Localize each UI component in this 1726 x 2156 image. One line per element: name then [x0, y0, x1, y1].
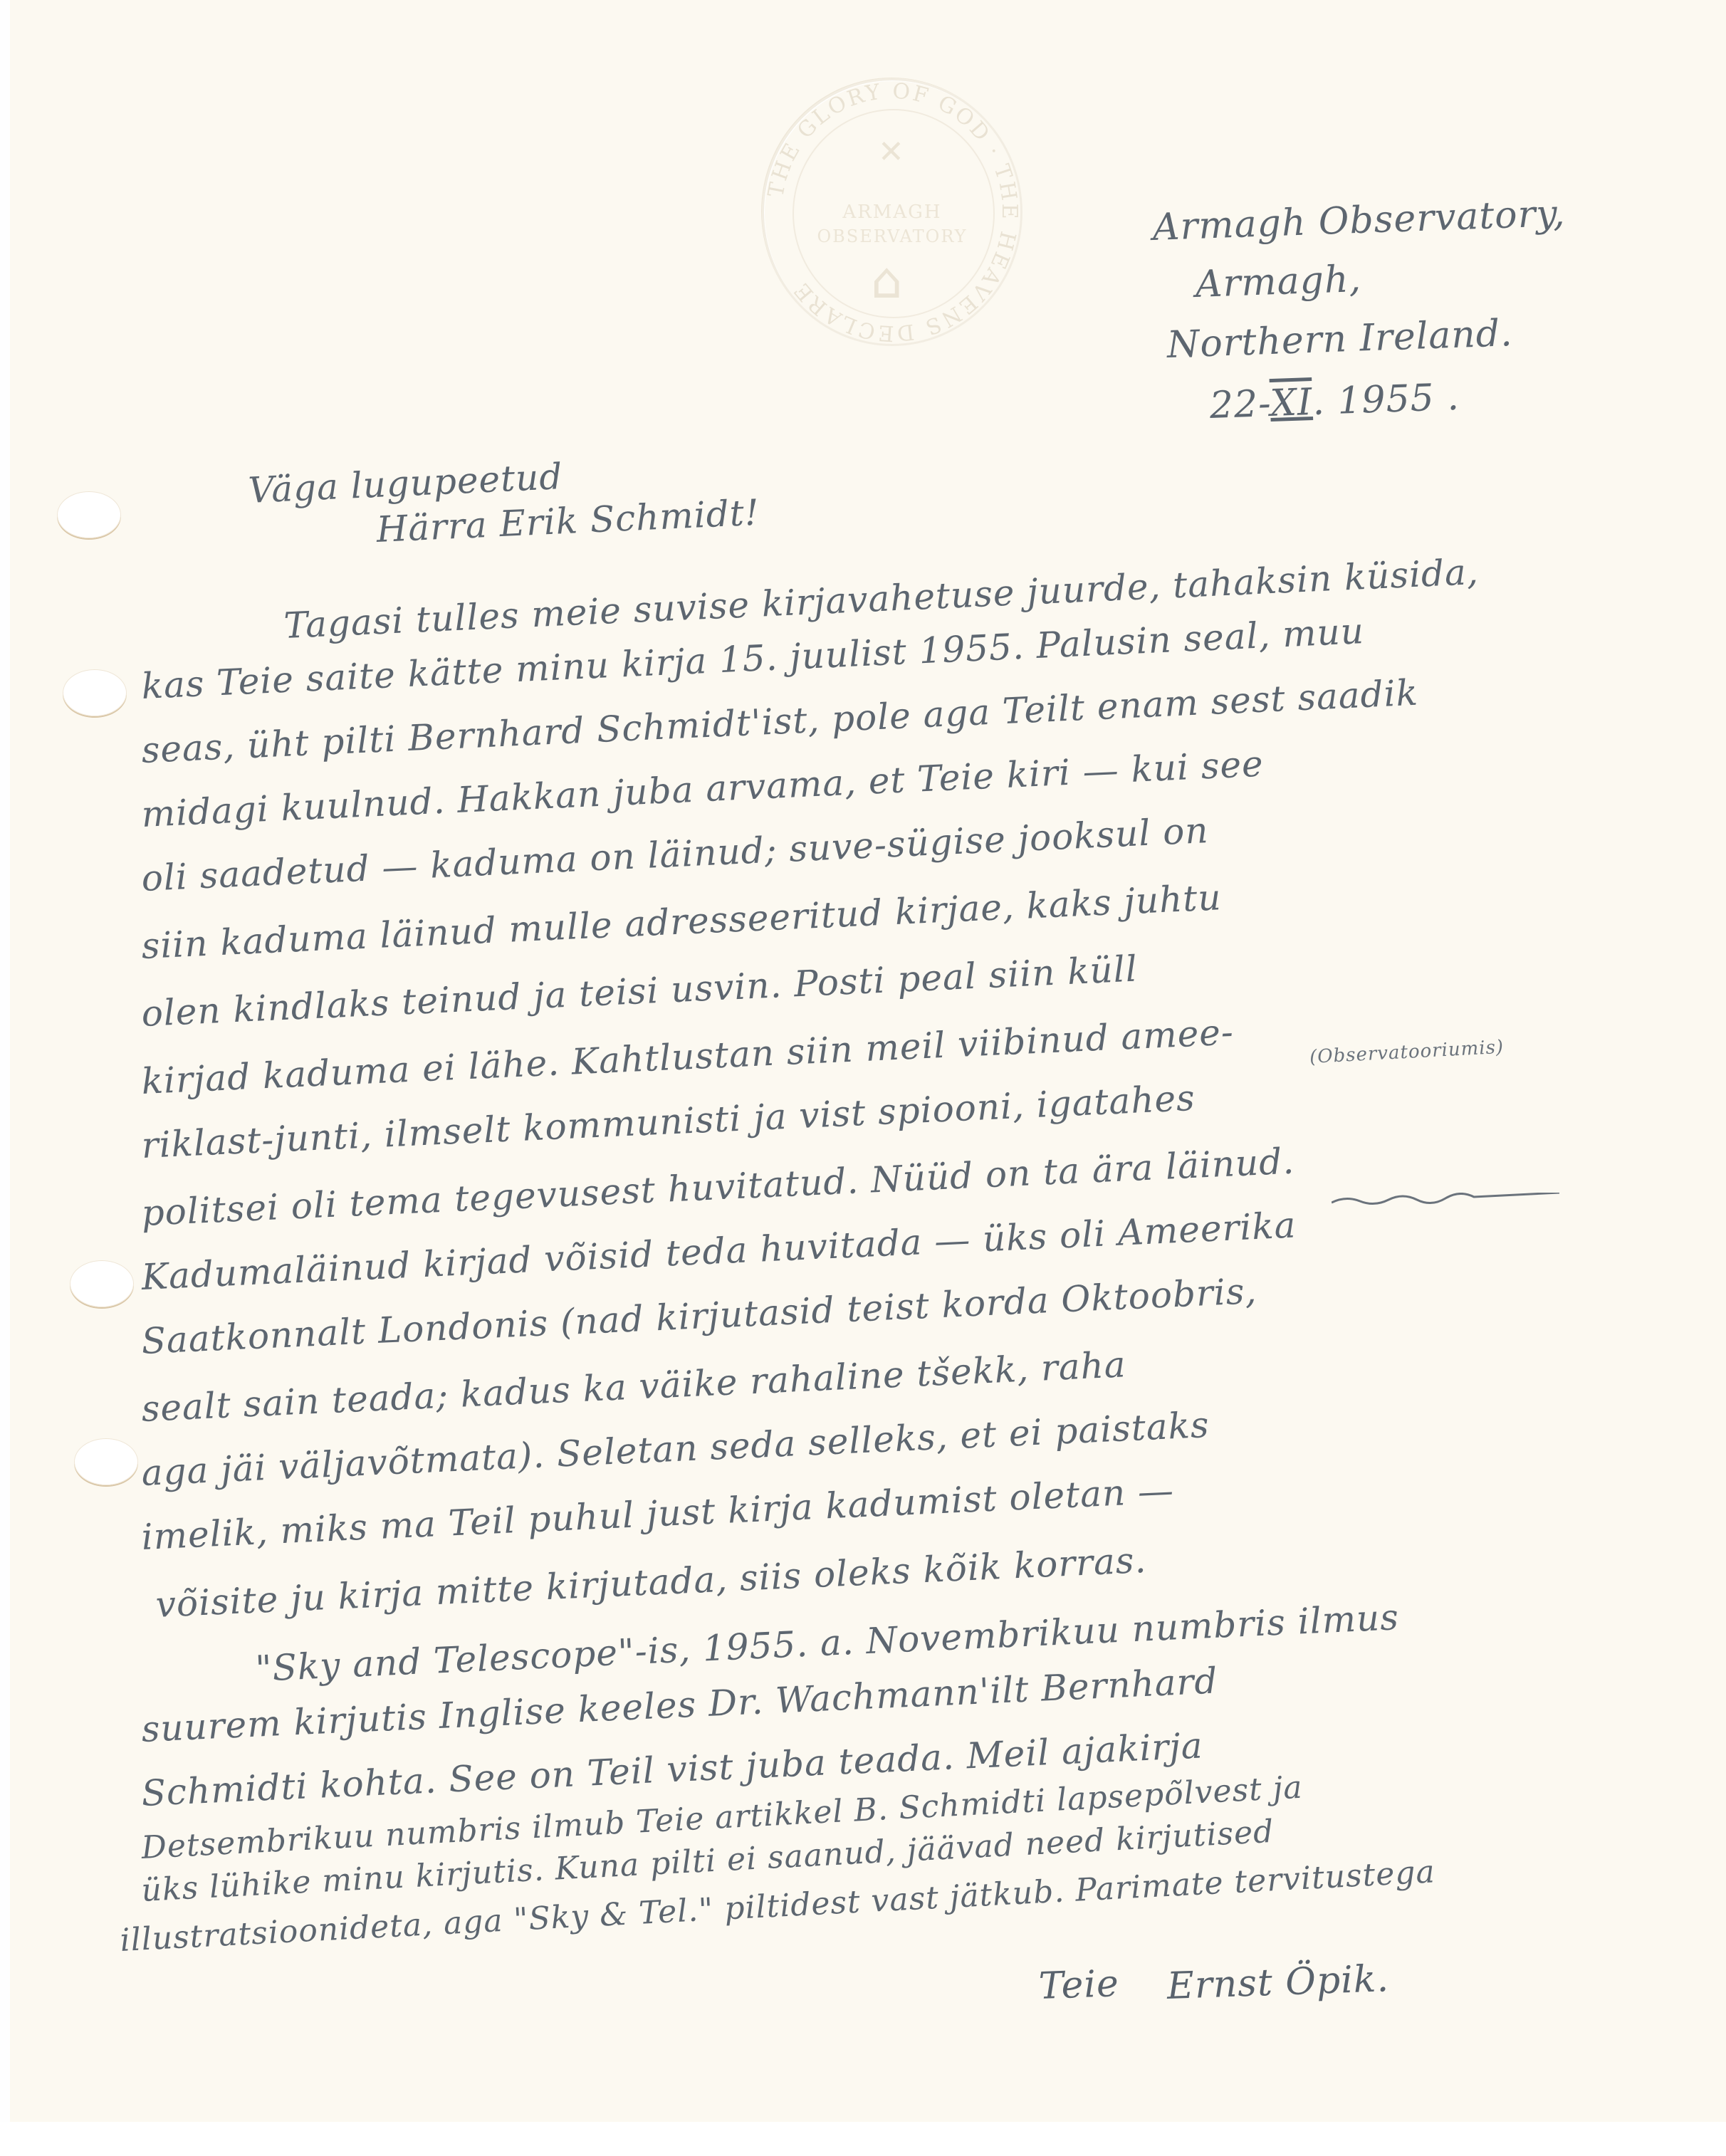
scan-edge-bottom	[0, 2122, 1726, 2156]
seal-name-line-2: OBSERVATORY	[764, 226, 1020, 246]
punch-hole	[63, 669, 127, 716]
globe-icon: ⌂	[871, 251, 902, 310]
signature: Ernst Öpik.	[1166, 1957, 1390, 2008]
punch-hole	[70, 1260, 134, 1307]
embossed-seal: THE GLORY OF GOD · THE HEAVENS DECLARE ✕…	[762, 78, 1022, 346]
date-year: . 1955 .	[1312, 376, 1460, 424]
closing-word: Teie	[1038, 1962, 1120, 2008]
date-day: 22-	[1209, 382, 1271, 427]
seal-name-line-1: ARMAGH	[764, 202, 1020, 223]
scan-edge-left	[0, 0, 10, 2156]
compass-icon: ✕	[878, 134, 904, 170]
punch-hole	[74, 1438, 138, 1485]
insertion-caret-line	[1332, 1193, 1559, 1207]
letter-date: 22-XI. 1955 .	[1209, 376, 1460, 427]
date-month: XI	[1270, 381, 1314, 425]
address-line-2: Armagh,	[1195, 258, 1362, 306]
punch-hole	[57, 491, 121, 538]
